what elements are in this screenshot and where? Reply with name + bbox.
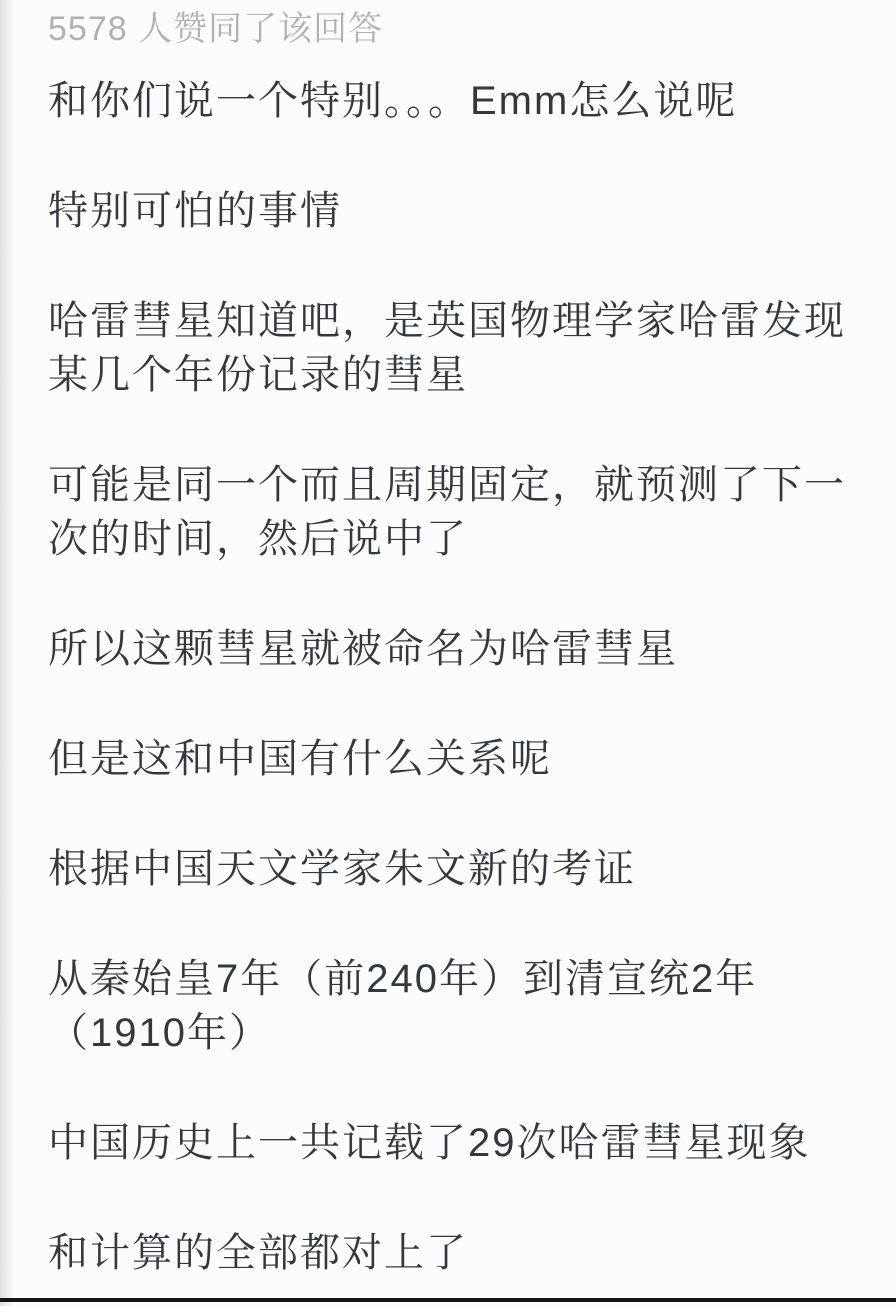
answer-line: 特别可怕的事情 xyxy=(48,184,868,238)
answer-line: 但是这和中国有什么关系呢 xyxy=(48,732,868,786)
answer-line: 从秦始皇7年（前240年）到清宣统2年 xyxy=(48,952,868,1006)
answer-line: 中国历史上一共记载了29次哈雷彗星现象 xyxy=(48,1116,868,1170)
answer-line: 所以这颗彗星就被命名为哈雷彗星 xyxy=(48,622,868,676)
answer-page: 5578 人赞同了该回答 和你们说一个特别。。。Emm怎么说呢 特别可怕的事情 … xyxy=(0,0,896,1306)
answer-paragraph: 和你们说一个特别。。。Emm怎么说呢 xyxy=(48,74,868,128)
upvote-count: 5578 人赞同了该回答 xyxy=(0,0,896,52)
answer-paragraph: 根据中国天文学家朱文新的考证 xyxy=(48,842,868,896)
answer-line: 和计算的全部都对上了 xyxy=(48,1226,868,1280)
answer-paragraph: 可能是同一个而且周期固定，就预测了下一 次的时间，然后说中了 xyxy=(48,458,868,566)
answer-line: 根据中国天文学家朱文新的考证 xyxy=(48,842,868,896)
answer-line: 可能是同一个而且周期固定，就预测了下一 xyxy=(48,458,868,512)
bottom-divider xyxy=(0,1298,896,1302)
answer-line: 次的时间，然后说中了 xyxy=(48,512,868,566)
answer-paragraph: 但是这和中国有什么关系呢 xyxy=(48,732,868,786)
answer-paragraph: 所以这颗彗星就被命名为哈雷彗星 xyxy=(48,622,868,676)
answer-paragraph: 从秦始皇7年（前240年）到清宣统2年 （1910年） xyxy=(48,952,868,1060)
answer-paragraph: 哈雷彗星知道吧，是英国物理学家哈雷发现 某几个年份记录的彗星 xyxy=(48,294,868,402)
answer-line: 哈雷彗星知道吧，是英国物理学家哈雷发现 xyxy=(48,294,868,348)
answer-paragraph: 和计算的全部都对上了 xyxy=(48,1226,868,1280)
answer-paragraph: 特别可怕的事情 xyxy=(48,184,868,238)
answer-body: 和你们说一个特别。。。Emm怎么说呢 特别可怕的事情 哈雷彗星知道吧，是英国物理… xyxy=(0,74,896,1280)
answer-paragraph: 中国历史上一共记载了29次哈雷彗星现象 xyxy=(48,1116,868,1170)
answer-line: 和你们说一个特别。。。Emm怎么说呢 xyxy=(48,74,868,128)
answer-line: 某几个年份记录的彗星 xyxy=(48,348,868,402)
answer-line: （1910年） xyxy=(48,1006,868,1060)
